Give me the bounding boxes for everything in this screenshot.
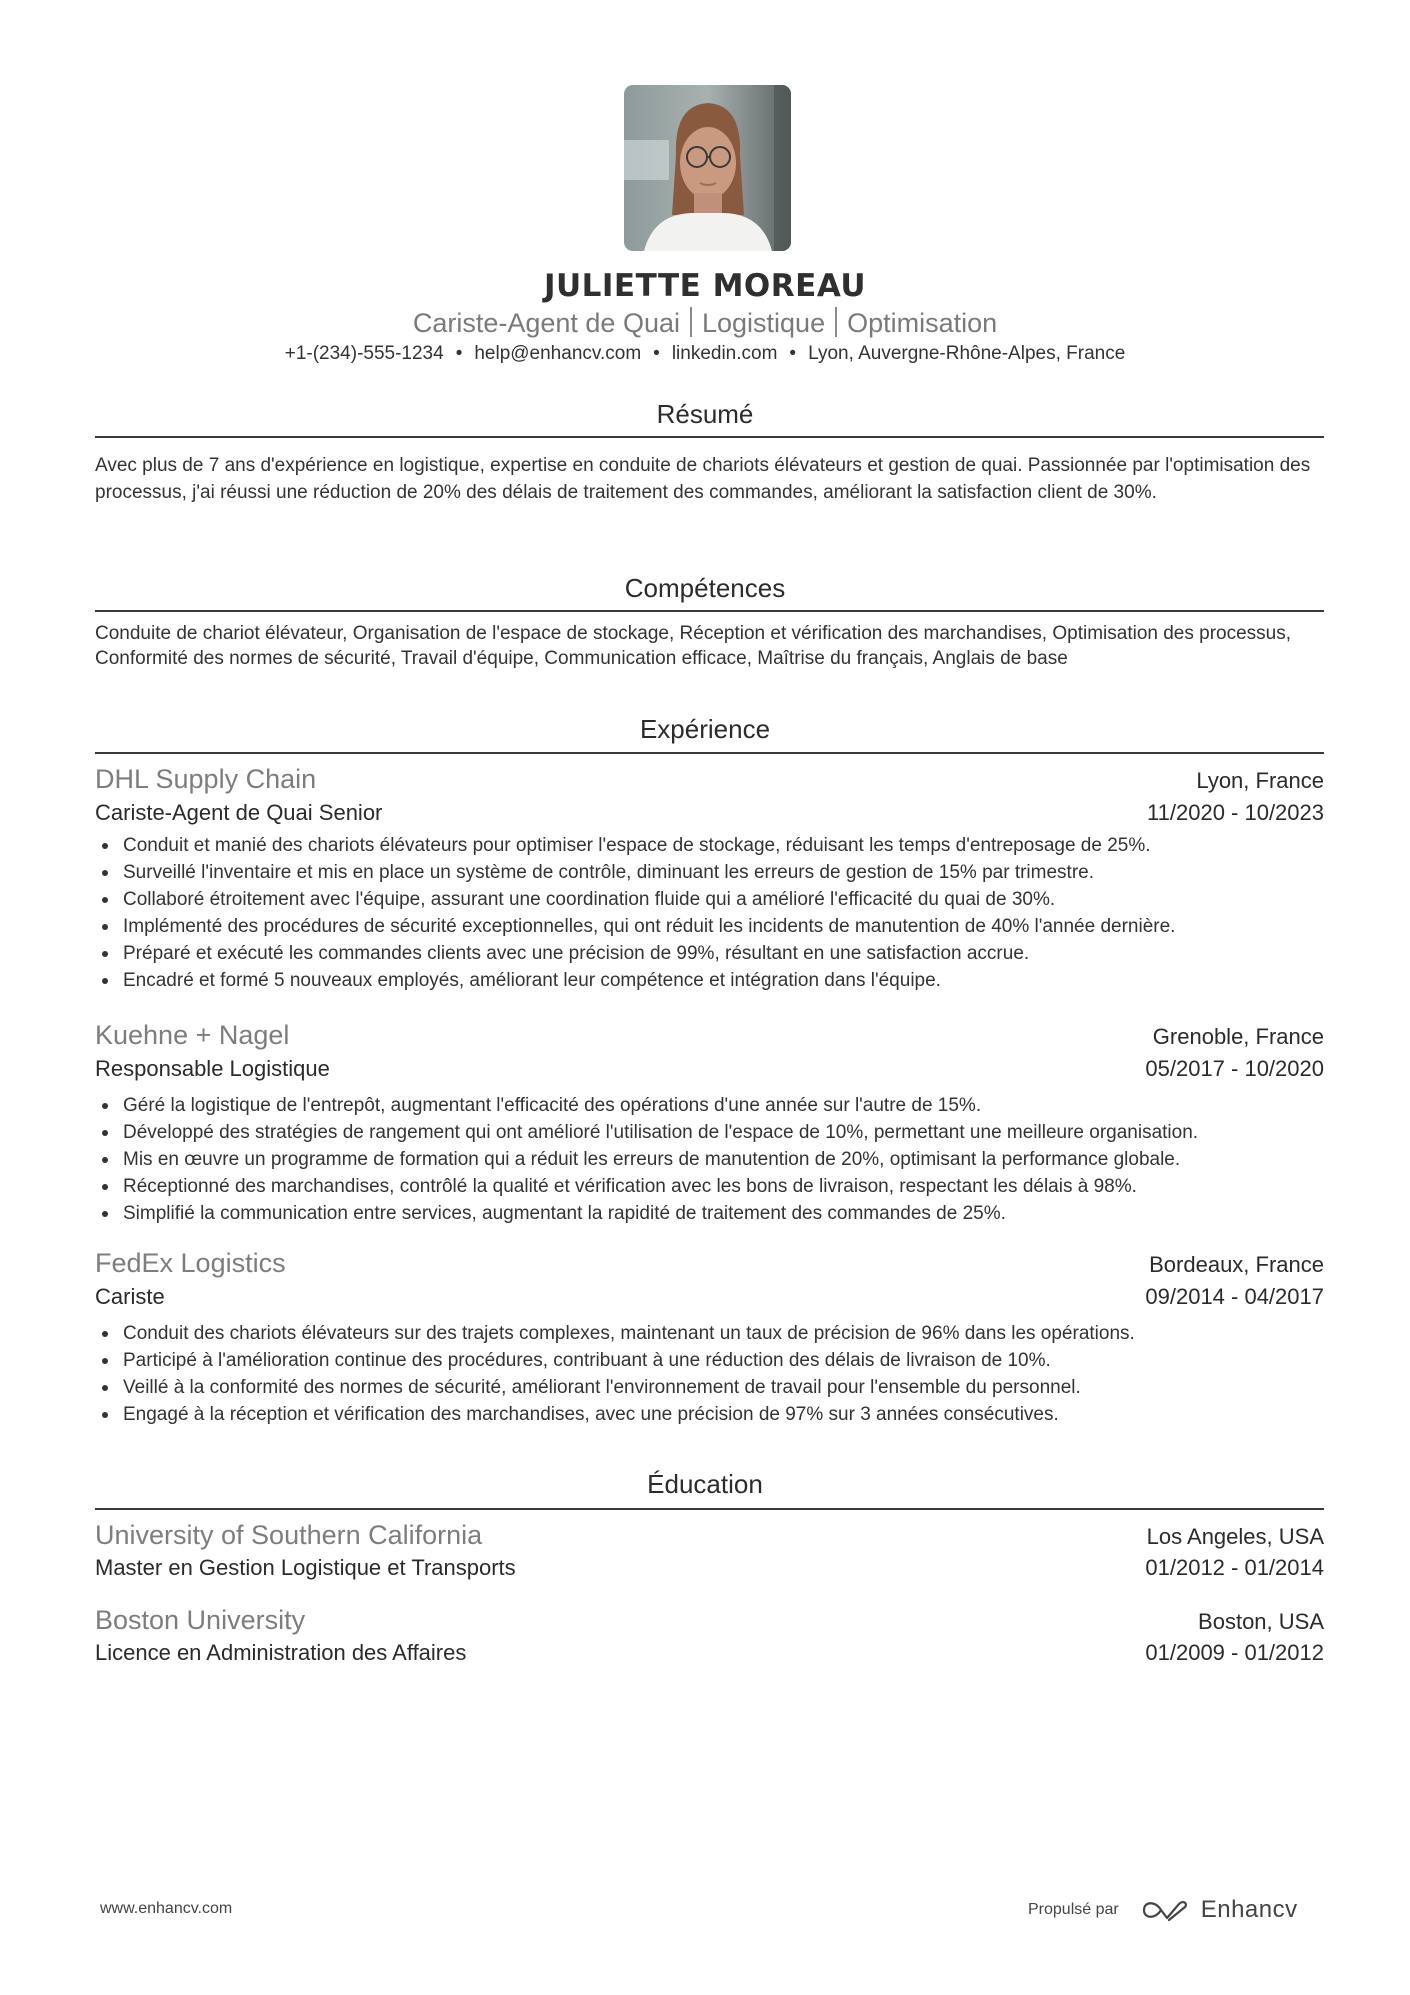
brand-name: Enhancv: [1201, 1896, 1298, 1924]
section-divider: [95, 752, 1324, 754]
education-header: University of Southern California Los An…: [95, 1520, 1324, 1551]
section-divider: [95, 1508, 1324, 1510]
section-title-experience: Expérience: [0, 714, 1410, 745]
education-header: Boston University Boston, USA: [95, 1605, 1324, 1636]
job-dates: 11/2020 - 10/2023: [1147, 800, 1324, 826]
experience-subheader: Responsable Logistique 05/2017 - 10/2020: [95, 1056, 1324, 1082]
education-subheader: Licence en Administration des Affaires 0…: [95, 1640, 1324, 1666]
section-divider: [95, 610, 1324, 612]
school-location: Los Angeles, USA: [1147, 1524, 1324, 1550]
list-item: Engagé à la réception et vérification de…: [95, 1401, 1327, 1428]
degree: Master en Gestion Logistique et Transpor…: [95, 1555, 516, 1581]
education-dates: 01/2009 - 01/2012: [1145, 1640, 1324, 1666]
list-item: Implémenté des procédures de sécurité ex…: [95, 913, 1327, 940]
company-name: FedEx Logistics: [95, 1248, 286, 1279]
divider: [835, 307, 837, 337]
job-dates: 09/2014 - 04/2017: [1145, 1284, 1324, 1310]
divider: [690, 307, 692, 337]
list-item: Conduit des chariots élévateurs sur des …: [95, 1320, 1327, 1347]
experience-bullets: Conduit et manié des chariots élévateurs…: [95, 832, 1327, 994]
experience-subheader: Cariste 09/2014 - 04/2017: [95, 1284, 1324, 1310]
list-item: Veillé à la conformité des normes de séc…: [95, 1374, 1327, 1401]
job-title: Cariste-Agent de Quai Senior: [95, 800, 382, 826]
experience-bullets: Géré la logistique de l'entrepôt, augmen…: [95, 1092, 1327, 1227]
enhancv-logo-icon: [1141, 1897, 1189, 1923]
section-divider: [95, 436, 1324, 438]
list-item: Collaboré étroitement avec l'équipe, ass…: [95, 886, 1327, 913]
list-item: Mis en œuvre un programme de formation q…: [95, 1146, 1327, 1173]
job-location: Grenoble, France: [1153, 1024, 1324, 1050]
company-name: Kuehne + Nagel: [95, 1020, 289, 1051]
profile-photo: [624, 85, 791, 251]
summary-text: Avec plus de 7 ans d'expérience en logis…: [95, 453, 1327, 506]
company-name: DHL Supply Chain: [95, 764, 316, 795]
job-location: Lyon, France: [1196, 768, 1324, 794]
experience-subheader: Cariste-Agent de Quai Senior 11/2020 - 1…: [95, 800, 1324, 826]
list-item: Conduit et manié des chariots élévateurs…: [95, 832, 1327, 859]
education-subheader: Master en Gestion Logistique et Transpor…: [95, 1555, 1324, 1581]
footer-website[interactable]: www.enhancv.com: [100, 1900, 232, 1918]
experience-bullets: Conduit des chariots élévateurs sur des …: [95, 1320, 1327, 1428]
headline-role: Cariste-Agent de Quai: [413, 308, 680, 338]
section-title-education: Éducation: [0, 1469, 1410, 1500]
list-item: Simplifié la communication entre service…: [95, 1200, 1327, 1227]
powered-by-label: Propulsé par: [1028, 1901, 1119, 1919]
phone[interactable]: +1-(234)-555-1234: [285, 343, 444, 364]
linkedin[interactable]: linkedin.com: [672, 343, 778, 364]
bullet-separator: •: [789, 343, 796, 364]
location: Lyon, Auvergne-Rhône-Alpes, France: [808, 343, 1125, 364]
degree: Licence en Administration des Affaires: [95, 1640, 466, 1666]
contact-info: +1-(234)-555-1234•help@enhancv.com•linke…: [0, 343, 1410, 365]
candidate-name: JULIETTE MOREAU: [0, 268, 1410, 304]
list-item: Réceptionné des marchandises, contrôlé l…: [95, 1173, 1327, 1200]
education-dates: 01/2012 - 01/2014: [1145, 1555, 1324, 1581]
section-title-skills: Compétences: [0, 573, 1410, 604]
section-title-summary: Résumé: [0, 399, 1410, 430]
powered-by[interactable]: Propulsé par Enhancv: [1028, 1896, 1298, 1924]
job-title: Responsable Logistique: [95, 1056, 330, 1082]
headline: Cariste-Agent de QuaiLogistiqueOptimisat…: [0, 307, 1410, 339]
school-name: Boston University: [95, 1605, 305, 1636]
job-title: Cariste: [95, 1284, 165, 1310]
job-location: Bordeaux, France: [1149, 1252, 1324, 1278]
headline-focus: Optimisation: [847, 308, 997, 338]
job-dates: 05/2017 - 10/2020: [1145, 1056, 1324, 1082]
bullet-separator: •: [456, 343, 463, 364]
list-item: Géré la logistique de l'entrepôt, augmen…: [95, 1092, 1327, 1119]
list-item: Participé à l'amélioration continue des …: [95, 1347, 1327, 1374]
experience-header: Kuehne + Nagel Grenoble, France: [95, 1020, 1324, 1051]
school-location: Boston, USA: [1198, 1609, 1324, 1635]
list-item: Développé des stratégies de rangement qu…: [95, 1119, 1327, 1146]
school-name: University of Southern California: [95, 1520, 482, 1551]
list-item: Surveillé l'inventaire et mis en place u…: [95, 859, 1327, 886]
experience-header: FedEx Logistics Bordeaux, France: [95, 1248, 1324, 1279]
bullet-separator: •: [653, 343, 660, 364]
skills-text: Conduite de chariot élévateur, Organisat…: [95, 621, 1327, 671]
list-item: Encadré et formé 5 nouveaux employés, am…: [95, 967, 1327, 994]
email[interactable]: help@enhancv.com: [474, 343, 641, 364]
experience-header: DHL Supply Chain Lyon, France: [95, 764, 1324, 795]
headline-field: Logistique: [702, 308, 825, 338]
list-item: Préparé et exécuté les commandes clients…: [95, 940, 1327, 967]
